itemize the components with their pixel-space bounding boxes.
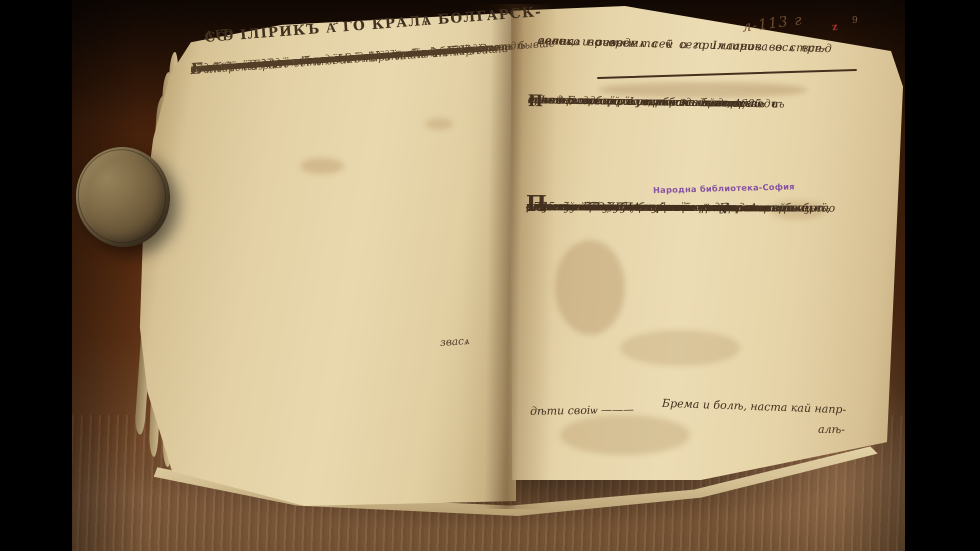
letterbox-right xyxy=(905,0,980,551)
closing-line: дѣти своіѡ ——— xyxy=(530,403,634,418)
chapter-title-line2: АГО xyxy=(204,27,236,42)
manuscript-line: пото упи сей богъ трото тако изѣрѣ окаѧн… xyxy=(526,199,836,216)
left-page xyxy=(138,10,516,506)
manuscript-photo: СѾ ІЛІРИКЪ А҃ ГО КРАЛѦ БОЛГАРСК- АГО Бол… xyxy=(0,0,980,551)
catchword: звасѧ xyxy=(440,335,470,349)
corner-mark: 9 xyxy=(852,16,858,26)
manuscript-line: велико приведе xyxy=(538,32,638,52)
closing-line: алѣ- xyxy=(818,423,845,436)
letterbox-left xyxy=(0,0,72,551)
folio-red-mark: z xyxy=(831,22,838,34)
